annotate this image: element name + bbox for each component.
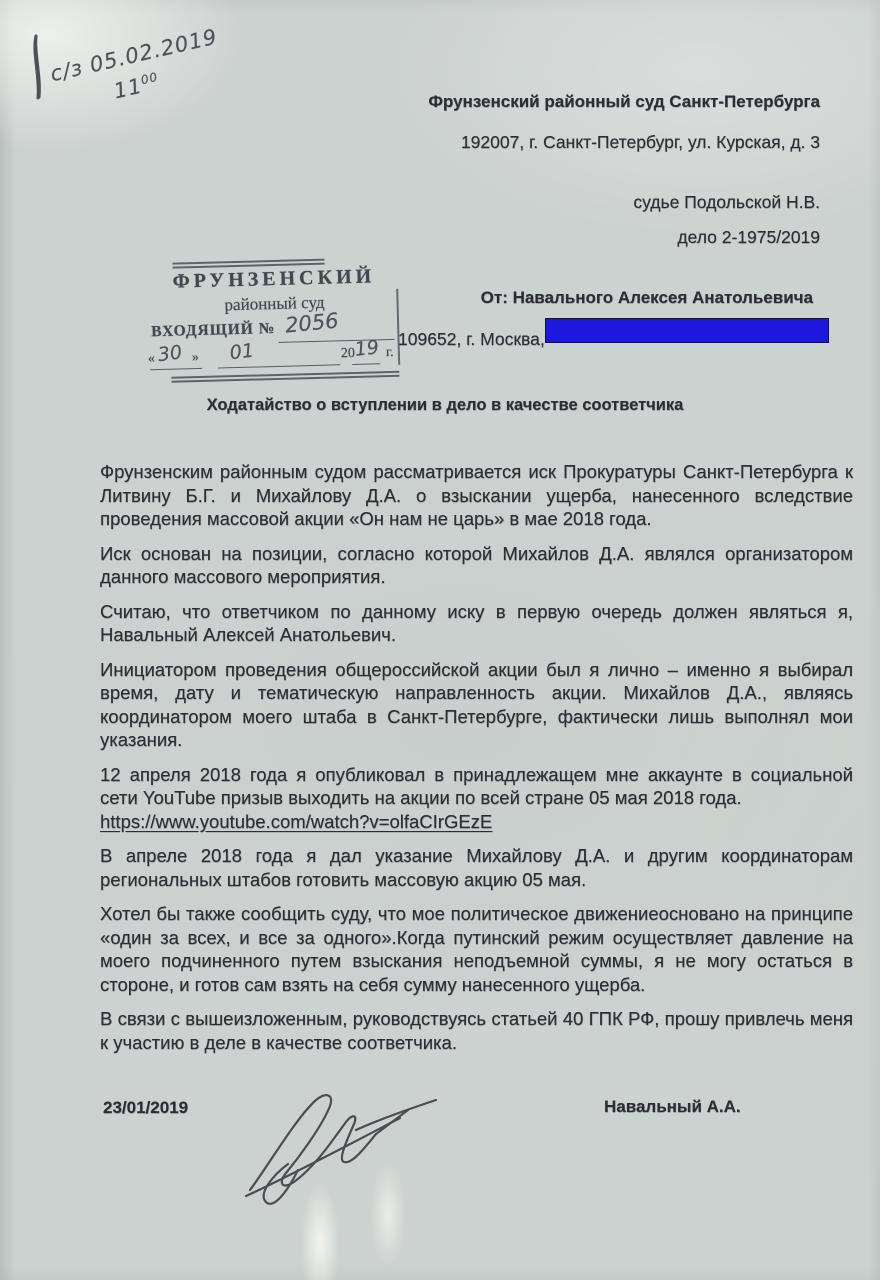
petition-body: Фрунзенским районным судом рассматривает… xyxy=(100,460,853,1065)
stamp-year-prefix: 20 xyxy=(341,346,355,362)
stamp-incoming-number: 2056 xyxy=(284,309,340,338)
pen-stroke-mark xyxy=(28,34,52,106)
signer-name: Навальный А.А. xyxy=(604,1097,741,1117)
paragraph-5-text: 12 апреля 2018 года я опубликовал в прин… xyxy=(100,764,853,809)
paragraph-8: В связи с вышеизложенным, руководствуясь… xyxy=(100,1007,853,1054)
incoming-stamp: ФРУНЗЕНСКИЙ районный суд ВХОДЯЩИЙ № 2056… xyxy=(145,249,405,394)
document-title: Ходатайство о вступлении в дело в качест… xyxy=(100,396,790,415)
paragraph-3: Считаю, что ответчиком по данному иску в… xyxy=(100,600,853,647)
petition-date: 23/01/2019 xyxy=(103,1098,188,1118)
paragraph-4: Инициатором проведения общероссийской ак… xyxy=(100,658,853,752)
hearing-time-minutes: 00 xyxy=(139,70,159,88)
stamp-quote-open: « xyxy=(148,351,155,367)
stamp-year: 19 xyxy=(354,336,381,361)
paragraph-6: В апреле 2018 года я дал указание Михайл… xyxy=(100,844,853,891)
paragraph-7: Хотел бы также сообщить суду, что мое по… xyxy=(100,902,853,996)
stamp-underline xyxy=(150,368,202,370)
case-number-line: дело 2-1975/2019 xyxy=(677,227,820,248)
stamp-quote-close: » xyxy=(192,350,199,366)
judge-line: судье Подольской Н.В. xyxy=(633,192,820,213)
scanned-court-petition-page: с/з 05.02.2019 1100 Фрунзенский районный… xyxy=(0,0,880,1280)
paragraph-1: Фрунзенским районным судом рассматривает… xyxy=(100,460,853,531)
session-mark: с/з xyxy=(48,56,85,87)
paragraph-5: 12 апреля 2018 года я опубликовал в прин… xyxy=(100,763,853,834)
stamp-underline xyxy=(218,364,340,368)
stamp-month: 01 xyxy=(229,340,256,365)
stamp-incoming-label: ВХОДЯЩИЙ № xyxy=(151,320,276,341)
court-name-line: Фрунзенский районный суд Санкт-Петербург… xyxy=(428,92,820,112)
stamp-court-type: районный суд xyxy=(160,291,388,317)
stamp-year-suffix: г. xyxy=(386,345,394,361)
youtube-link: https://www.youtube.com/watch?v=olfaCIrG… xyxy=(100,811,492,832)
signature-scribble xyxy=(238,1078,448,1213)
stamp-vertical-rule xyxy=(396,289,400,365)
stamp-underline xyxy=(352,363,380,365)
paragraph-2: Иск основан на позиции, согласно которой… xyxy=(100,542,853,589)
handwritten-hearing-note: с/з 05.02.2019 1100 xyxy=(48,24,227,118)
stamp-day: 30 xyxy=(156,341,183,366)
sender-address-line: 109652, г. Москва, xyxy=(398,329,545,350)
redaction-bar xyxy=(545,318,829,343)
court-address-line: 192007, г. Санкт-Петербург, ул. Курская,… xyxy=(461,132,820,153)
sender-from-line: От: Навального Алексея Анатольевича xyxy=(481,288,813,308)
stamp-court-name: ФРУНЗЕНСКИЙ xyxy=(160,265,389,294)
stamp-bottom-rule xyxy=(171,371,399,383)
